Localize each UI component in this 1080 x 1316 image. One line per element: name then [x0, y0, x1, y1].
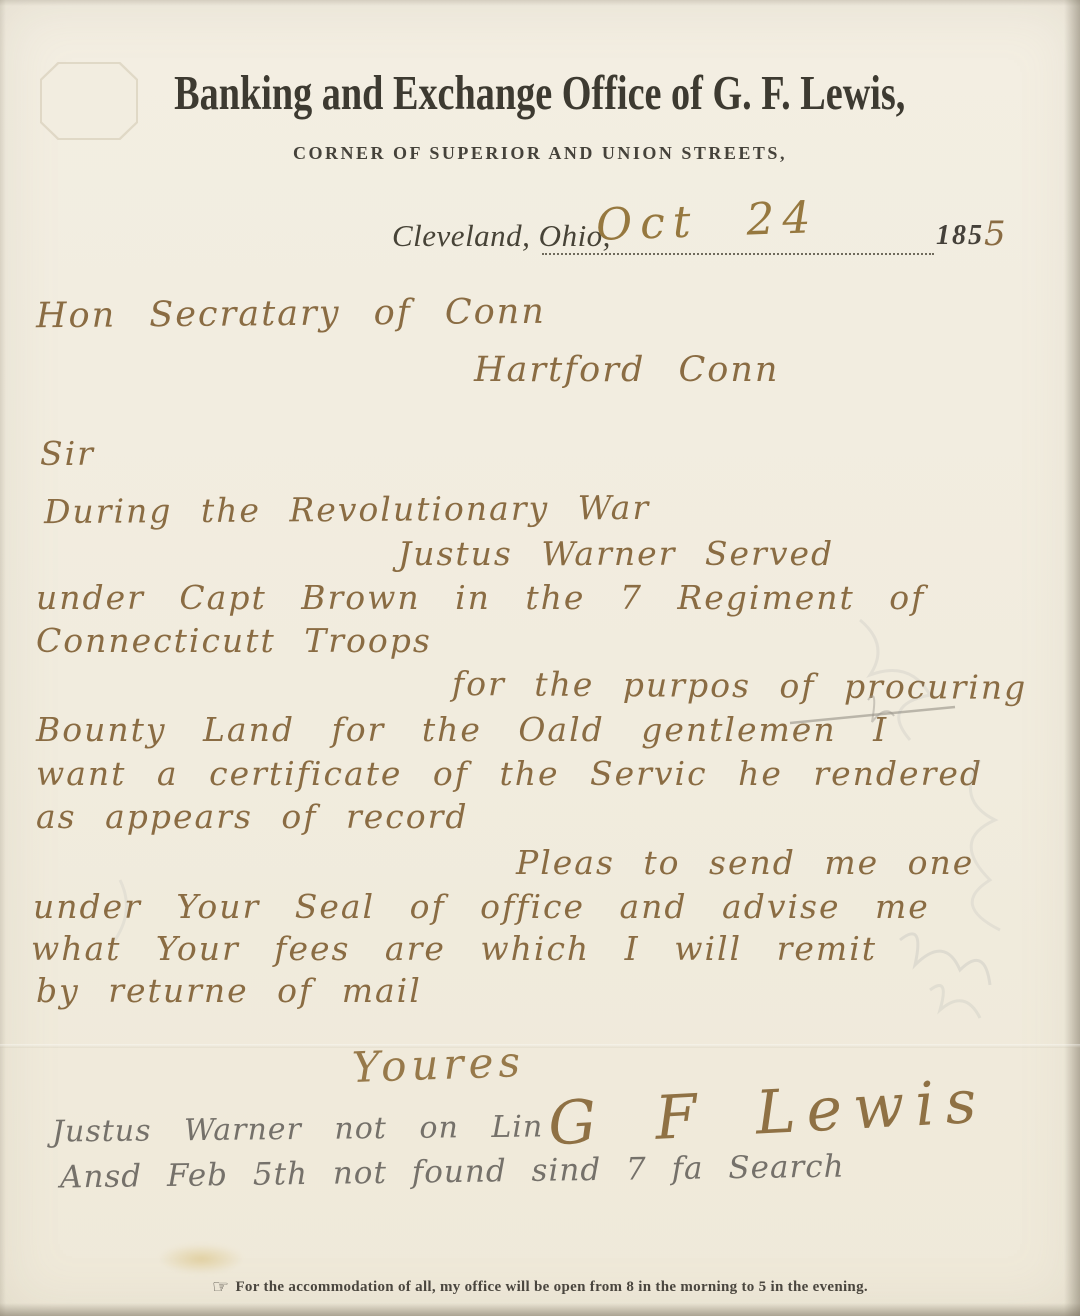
- dateline-year-printed: 185: [936, 220, 984, 252]
- handwritten-line: under Capt Brown in the 7 Regiment of: [36, 578, 925, 617]
- paper-stain: [158, 1244, 244, 1274]
- handwritten-date: Oct 24: [595, 192, 819, 251]
- handwritten-line: Connecticutt Troops: [36, 621, 432, 660]
- page-edge-shading: [0, 1303, 1080, 1316]
- page-edge-shading: [1064, 0, 1080, 1316]
- handwritten-line: by returne of mail: [36, 971, 422, 1010]
- letterhead-title: Banking and Exchange Office of G. F. Lew…: [0, 64, 1080, 121]
- handwritten-line: what Your fees are which I will remit: [31, 929, 877, 968]
- letterhead-title-text: Banking and Exchange Office of G. F. Lew…: [174, 64, 905, 121]
- handwritten-line: for the purpos of procuring: [452, 664, 1027, 707]
- handwritten-line: Justus Warner Served: [398, 534, 834, 573]
- recipient-line: Hon Secratary of Conn: [36, 292, 546, 336]
- recipient-line: Hartford Conn: [474, 350, 779, 390]
- salutation: Sir: [40, 434, 95, 473]
- signature: G F Lewis: [546, 1067, 988, 1160]
- letter-closing: Youres: [351, 1037, 526, 1092]
- page-edge-shading: [0, 0, 1080, 6]
- pencil-annotation: Justus Warner not on Lin: [52, 1109, 544, 1149]
- handwritten-line: Bounty Land for the Oald gentlemen I: [36, 710, 888, 749]
- paper-fold-crease: [0, 1044, 1080, 1048]
- pencil-annotation: Ansd Feb 5th not found sind 7 fa Search: [60, 1149, 845, 1196]
- letter-document-page: Banking and Exchange Office of G. F. Lew…: [0, 0, 1080, 1316]
- handwritten-line: Pleas to send me one: [516, 843, 974, 882]
- handwritten-line: During the Revolutionary War: [44, 488, 650, 531]
- letterhead-subtitle: CORNER OF SUPERIOR AND UNION STREETS,: [0, 143, 1080, 164]
- footer-notice: ☞ For the accommodation of all, my offic…: [0, 1276, 1080, 1299]
- page-edge-shading: [0, 0, 6, 1316]
- dateline-place: Cleveland, Ohio,: [392, 218, 611, 254]
- manicule-icon: ☞: [212, 1277, 229, 1298]
- handwritten-line: as appears of record: [36, 797, 469, 836]
- handwritten-year-digit: 5: [984, 214, 1008, 254]
- footer-notice-text: For the accommodation of all, my office …: [235, 1279, 867, 1295]
- handwritten-line: want a certificate of the Servic he rend…: [36, 754, 983, 793]
- handwritten-line: under Your Seal of office and advise me: [33, 887, 930, 926]
